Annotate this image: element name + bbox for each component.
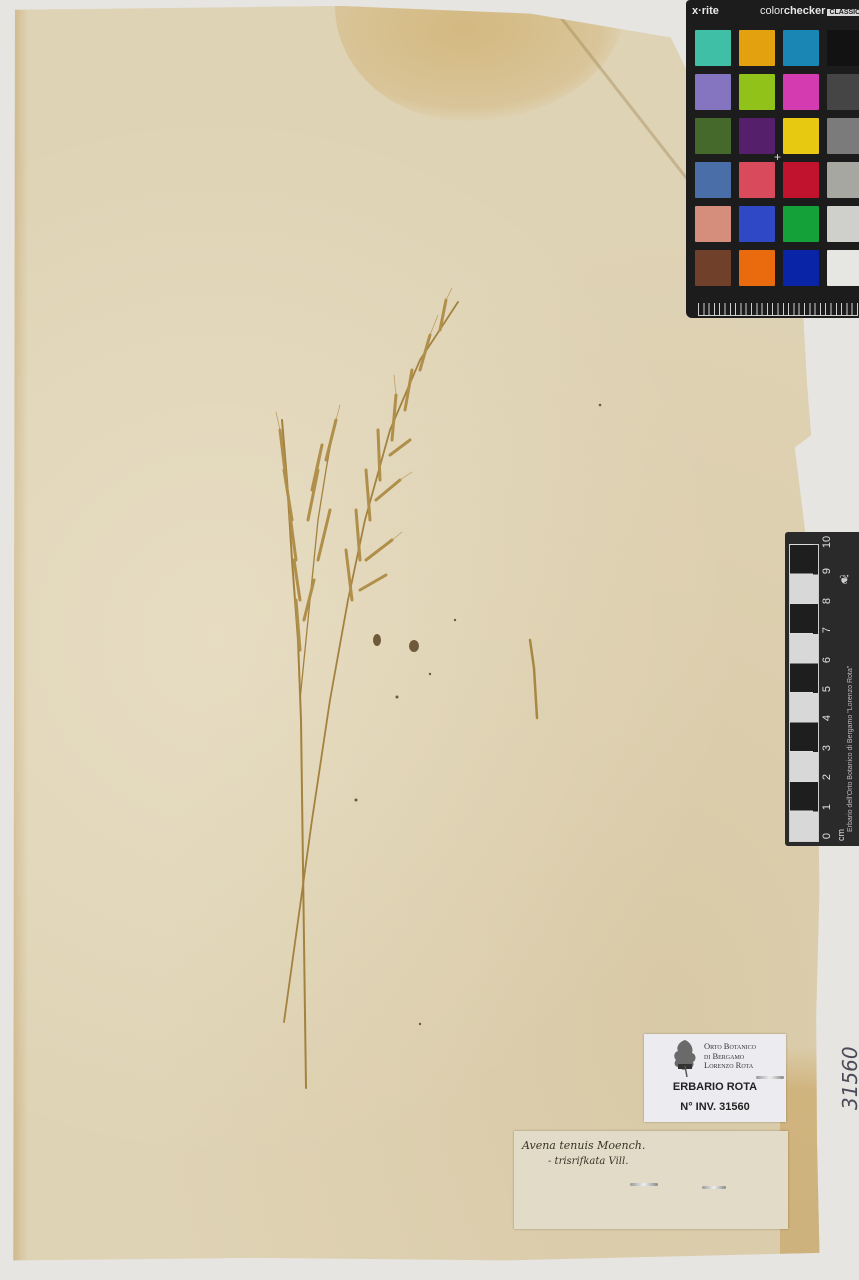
color-swatch <box>827 250 859 286</box>
color-swatch <box>739 118 775 154</box>
pin-icon <box>630 1183 658 1186</box>
color-checker-card: x·rite colorcheckerCLASSIC + <box>686 0 859 318</box>
color-swatch <box>739 74 775 110</box>
color-swatch <box>739 250 775 286</box>
inventory-number: N° INV. 31560 <box>644 1101 786 1113</box>
scale-number: 10 <box>821 536 833 548</box>
color-swatch <box>739 162 775 198</box>
scale-number: 1 <box>821 803 833 809</box>
color-swatch <box>783 118 819 154</box>
color-swatch <box>695 118 731 154</box>
color-swatch <box>827 74 859 110</box>
xrite-logo: x·rite <box>692 5 719 17</box>
scale-numbers: 012345678910 <box>819 536 835 842</box>
color-swatch <box>827 118 859 154</box>
scale-number: 7 <box>821 627 833 633</box>
mm-ruler <box>698 303 858 316</box>
color-swatch <box>827 30 859 66</box>
title-bold: checker <box>784 5 826 17</box>
colorchecker-title: colorcheckerCLASSIC <box>760 5 859 17</box>
color-swatch <box>783 30 819 66</box>
color-swatch <box>783 206 819 242</box>
color-swatch <box>783 162 819 198</box>
cm-scale-bar: 012345678910 cm ❦ Erbario dell'Orto Bota… <box>785 532 859 846</box>
oak-leaf-icon <box>670 1038 700 1078</box>
scale-number: 0 <box>821 833 833 839</box>
scale-number: 4 <box>821 715 833 721</box>
pin-icon <box>702 1186 726 1189</box>
scale-ticks <box>789 544 813 840</box>
oak-leaf-icon: ❦ <box>839 572 850 588</box>
color-swatch <box>695 162 731 198</box>
inventory-label: Orto Botanico di Bergamo Lorenzo Rota ER… <box>644 1034 786 1122</box>
scale-number: 9 <box>821 568 833 574</box>
determination-label: Avena tenuis Moench. - trisrifkata Vill. <box>514 1131 788 1229</box>
institution-line: Lorenzo Rota <box>704 1061 756 1071</box>
handwritten-inventory-number: 31560 <box>838 1046 859 1110</box>
color-swatch <box>827 206 859 242</box>
color-swatch <box>783 74 819 110</box>
taxon-synonym: - trisrifkata Vill. <box>548 1156 628 1167</box>
color-swatch <box>695 206 731 242</box>
color-swatch <box>783 250 819 286</box>
scale-number: 2 <box>821 774 833 780</box>
color-swatch <box>739 206 775 242</box>
title-light: color <box>760 5 784 17</box>
scale-number: 6 <box>821 657 833 663</box>
herbarium-name: ERBARIO ROTA <box>644 1081 786 1093</box>
scale-number: 5 <box>821 686 833 692</box>
scale-number: 3 <box>821 745 833 751</box>
color-swatch <box>739 30 775 66</box>
color-swatch <box>695 250 731 286</box>
scale-unit: cm <box>836 829 846 841</box>
color-swatch <box>695 30 731 66</box>
scale-caption: Erbario dell'Orto Botanico di Bergamo "L… <box>847 666 854 832</box>
taxon-name: Avena tenuis Moench. <box>522 1139 645 1152</box>
pin-icon <box>756 1076 784 1079</box>
classic-badge: CLASSIC <box>827 9 859 16</box>
scale-number: 8 <box>821 598 833 604</box>
color-swatch <box>827 162 859 198</box>
crosshair-icon: + <box>774 150 781 164</box>
institution-name: Orto Botanico di Bergamo Lorenzo Rota <box>704 1042 756 1071</box>
color-swatch <box>695 74 731 110</box>
